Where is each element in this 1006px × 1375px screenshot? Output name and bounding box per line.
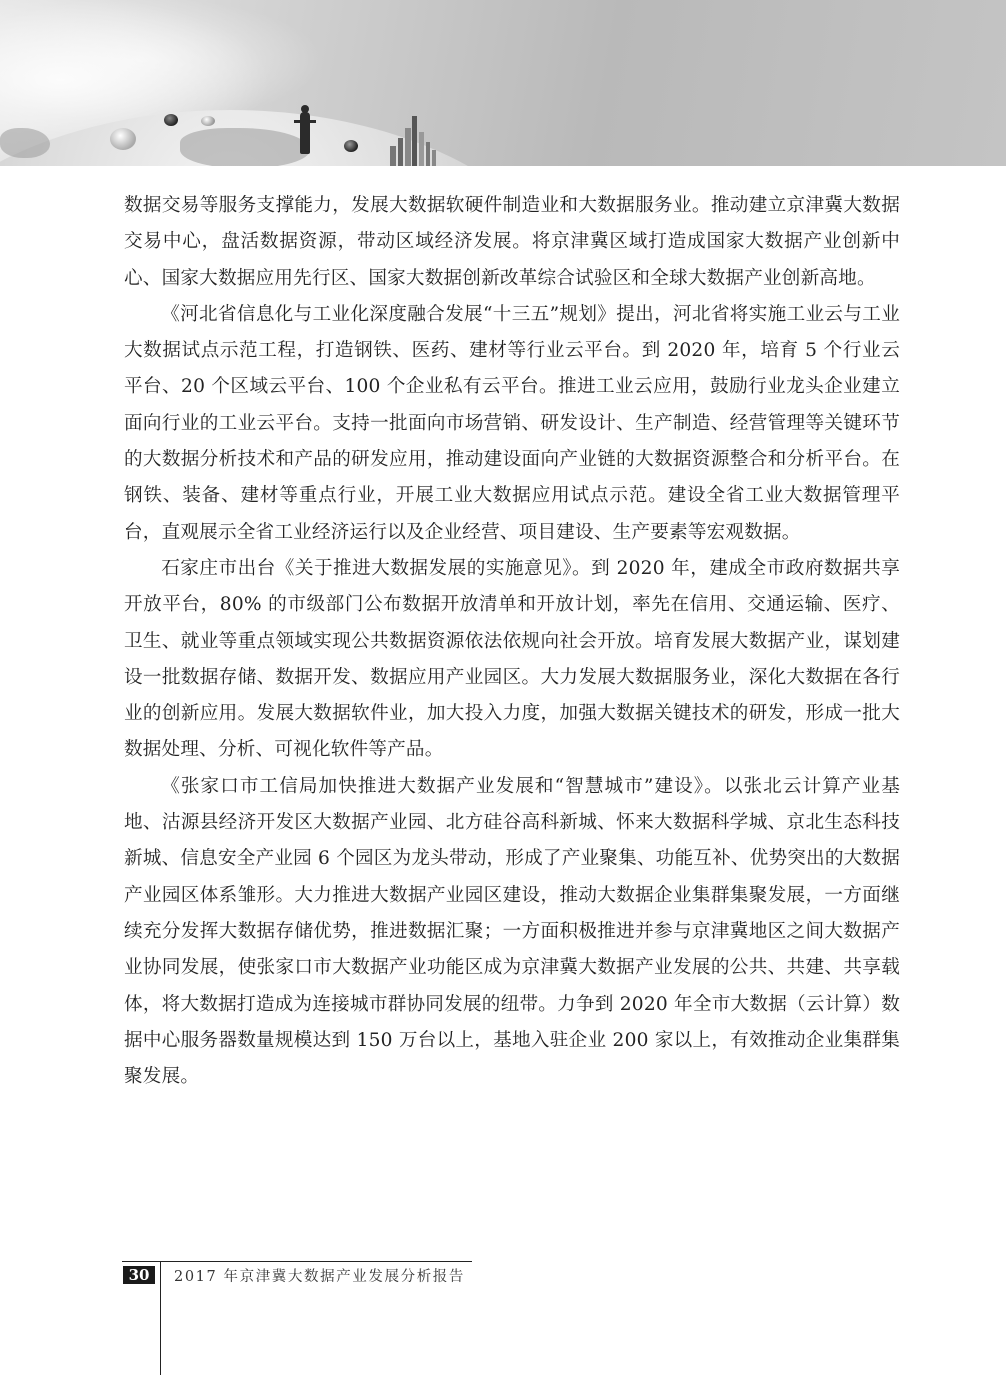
city-skyline-graphic <box>390 110 450 166</box>
paragraph: 石家庄市出台《关于推进大数据发展的实施意见》。到 2020 年，建成全市政府数据… <box>124 551 900 769</box>
glass-orb-icon <box>110 128 136 150</box>
glass-orb-icon <box>201 116 215 126</box>
running-title: 2017 年京津冀大数据产业发展分析报告 <box>174 1265 465 1286</box>
header-banner-image <box>0 0 1006 166</box>
paragraph: 《张家口市工信局加快推进大数据产业发展和“智慧城市”建设》。以张北云计算产业基地… <box>124 769 900 1096</box>
paragraph: 数据交易等服务支撑能力，发展大数据软硬件制造业和大数据服务业。推动建立京津冀大数… <box>124 188 900 297</box>
standing-person-silhouette <box>300 112 310 154</box>
article-body: 数据交易等服务支撑能力，发展大数据软硬件制造业和大数据服务业。推动建立京津冀大数… <box>124 188 900 1095</box>
footer-divider <box>122 1261 472 1262</box>
page-number: 30 <box>123 1266 155 1284</box>
footer-vertical-rule <box>160 1261 161 1375</box>
dark-orb-icon <box>164 114 178 126</box>
dark-orb-icon <box>344 140 358 152</box>
map-landmass <box>0 128 50 158</box>
paragraph: 《河北省信息化与工业化深度融合发展“十三五”规划》提出，河北省将实施工业云与工业… <box>124 297 900 551</box>
